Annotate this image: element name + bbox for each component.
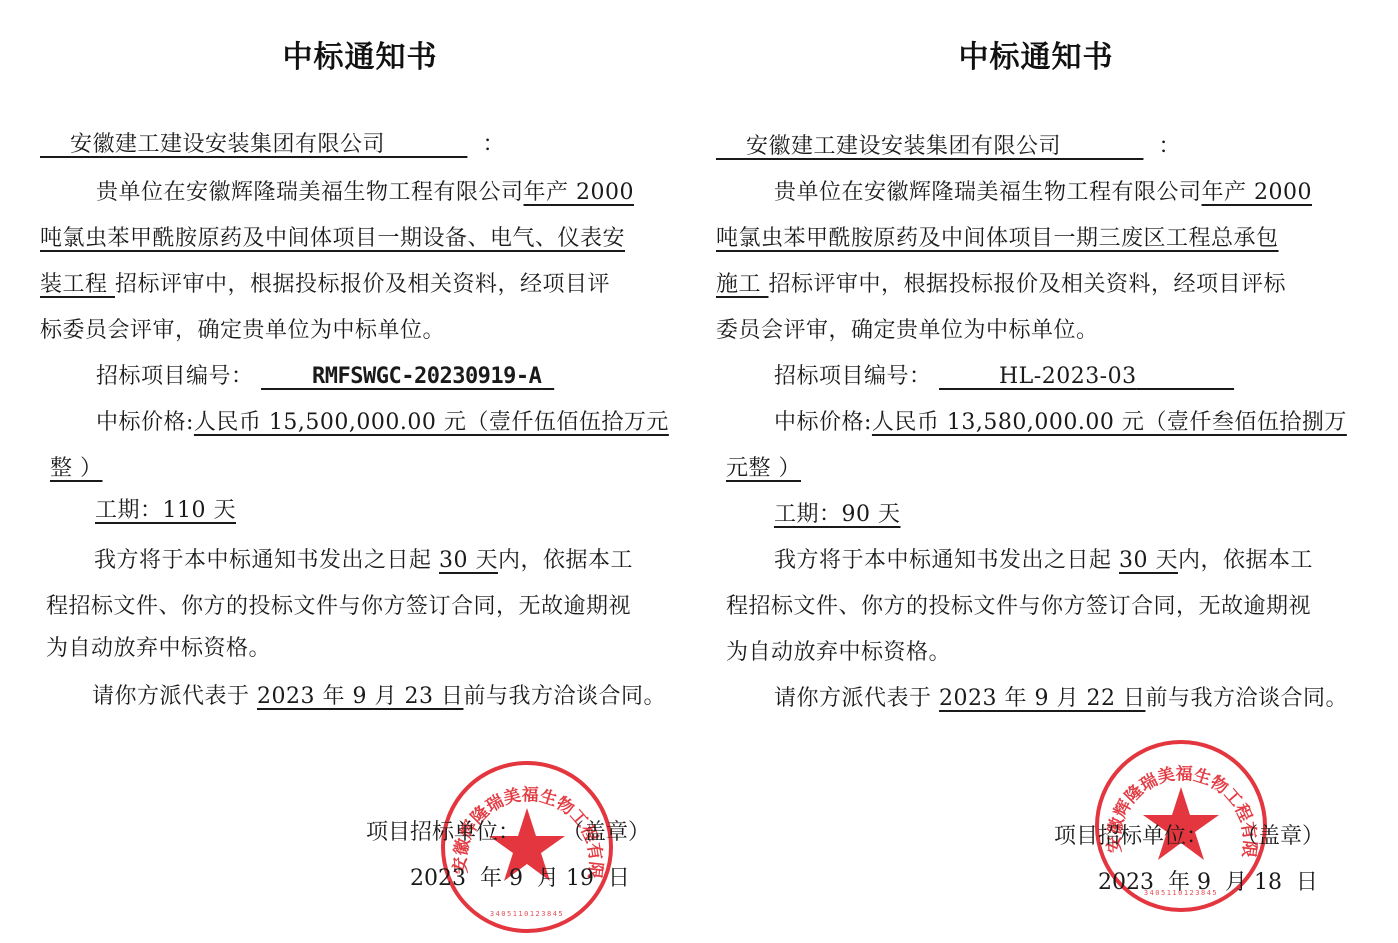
- para2-line-1: 我方将于本中标通知书发出之日起 30 天内，依据本工: [774, 546, 1313, 576]
- para2-line-3: 为自动放弃中标资格。: [726, 638, 951, 668]
- body-line-1: 贵单位在安徽辉隆瑞美福生物工程有限公司年产 2000: [96, 178, 634, 208]
- recipient-colon: ：: [482, 132, 505, 157]
- duration-value: 工期：110 天: [95, 498, 236, 523]
- duration-value: 工期：90 天: [774, 502, 901, 527]
- signer-label: 项目招标单位：: [1054, 824, 1208, 849]
- price-value-cont: 元整 ）: [726, 456, 801, 481]
- award-notice-left: 中标通知书 安徽建工建设安装集团有限公司 ： 贵单位在安徽辉隆瑞美福生物工程有限…: [40, 0, 680, 943]
- para3-line: 请你方派代表于 2023 年 9 月 22 日前与我方洽谈合同。: [774, 684, 1348, 714]
- para2-line-2: 程招标文件、你方的投标文件与你方签订合同，无故逾期视: [46, 592, 631, 622]
- signer-row: 项目招标单位： （盖章）: [1054, 822, 1324, 852]
- project-name-part1: 年产 2000: [524, 180, 634, 205]
- project-number-label: 招标项目编号：: [96, 364, 254, 389]
- doc-title: 中标通知书: [716, 32, 1356, 76]
- seal-note: （盖章）: [562, 820, 650, 845]
- recipient-name: 安徽建工建设安装集团有限公司: [716, 134, 1143, 159]
- para2-line-3: 为自动放弃中标资格。: [46, 634, 271, 664]
- signer-row: 项目招标单位： （盖章）: [366, 818, 650, 848]
- duration-row: 工期：90 天: [774, 500, 901, 530]
- doc-title: 中标通知书: [40, 32, 680, 76]
- recipient-line: 安徽建工建设安装集团有限公司 ：: [40, 130, 505, 160]
- svg-text:3405110123845: 3405110123845: [490, 910, 564, 918]
- body-line-4: 委员会评审，确定贵单位为中标单位。: [716, 316, 1099, 346]
- body-line-4: 标委员会评审，确定贵单位为中标单位。: [40, 316, 445, 346]
- sign-date: 2023 年 9 月 19 日: [410, 864, 630, 894]
- body-line-3: 施工 招标评审中，根据投标报价及相关资料，经项目评标: [716, 270, 1286, 300]
- project-number-label: 招标项目编号：: [774, 364, 932, 389]
- para3-line: 请你方派代表于 2023 年 9 月 23 日前与我方洽谈合同。: [92, 682, 666, 712]
- project-number-row: 招标项目编号： HL-2023-03: [774, 362, 1234, 392]
- body-line-3: 装工程 招标评审中，根据投标报价及相关资料，经项目评: [40, 270, 610, 300]
- award-price-row-2: 元整 ）: [726, 454, 801, 484]
- price-label: 中标价格:: [96, 410, 194, 435]
- price-label: 中标价格:: [774, 410, 872, 435]
- duration-row: 工期：110 天: [95, 496, 236, 526]
- recipient-line: 安徽建工建设安装集团有限公司 ：: [716, 132, 1181, 162]
- recipient-colon: ：: [1158, 134, 1181, 159]
- para2-line-2: 程招标文件、你方的投标文件与你方签订合同，无故逾期视: [726, 592, 1311, 622]
- para2-line-1: 我方将于本中标通知书发出之日起 30 天内，依据本工: [94, 546, 633, 576]
- award-price-row-2: 整 ）: [50, 454, 103, 484]
- price-value: 人民币 13,580,000.00 元（壹仟叁佰伍拾捌万: [872, 410, 1347, 435]
- award-notice-right: 中标通知书 安徽建工建设安装集团有限公司 ： 贵单位在安徽辉隆瑞美福生物工程有限…: [716, 0, 1356, 943]
- body-line-2: 吨氯虫苯甲酰胺原药及中间体项目一期设备、电气、仪表安: [40, 224, 625, 254]
- project-name-part3: 施工: [716, 272, 769, 297]
- body-line-1: 贵单位在安徽辉隆瑞美福生物工程有限公司年产 2000: [774, 178, 1312, 208]
- award-price-row: 中标价格:人民币 13,580,000.00 元（壹仟叁佰伍拾捌万: [774, 408, 1347, 438]
- project-number-value: RMFSWGC-20230919-A: [261, 364, 554, 389]
- award-price-row: 中标价格:人民币 15,500,000.00 元（壹仟伍佰伍拾万元: [96, 408, 669, 438]
- sign-deadline-days: 30 天: [1119, 548, 1178, 573]
- sign-date: 2023 年 9 月 18 日: [1098, 868, 1318, 898]
- signer-label: 项目招标单位：: [366, 820, 520, 845]
- project-name-part2: 吨氯虫苯甲酰胺原药及中间体项目一期三废区工程总承包: [716, 226, 1279, 251]
- project-name-part3: 装工程: [40, 272, 115, 297]
- sign-deadline-days: 30 天: [439, 548, 498, 573]
- body-line-2: 吨氯虫苯甲酰胺原药及中间体项目一期三废区工程总承包: [716, 224, 1279, 254]
- negotiation-date: 2023 年 9 月 22 日: [939, 686, 1145, 711]
- project-number-row: 招标项目编号： RMFSWGC-20230919-A: [96, 362, 554, 392]
- project-name-part1: 年产 2000: [1202, 180, 1312, 205]
- negotiation-date: 2023 年 9 月 23 日: [257, 684, 463, 709]
- recipient-name: 安徽建工建设安装集团有限公司: [40, 132, 467, 157]
- project-name-part2: 吨氯虫苯甲酰胺原药及中间体项目一期设备、电气、仪表安: [40, 226, 625, 251]
- price-value: 人民币 15,500,000.00 元（壹仟伍佰伍拾万元: [194, 410, 669, 435]
- price-value-cont: 整 ）: [50, 456, 103, 481]
- project-number-value: HL-2023-03: [939, 364, 1234, 389]
- seal-note: （盖章）: [1236, 824, 1324, 849]
